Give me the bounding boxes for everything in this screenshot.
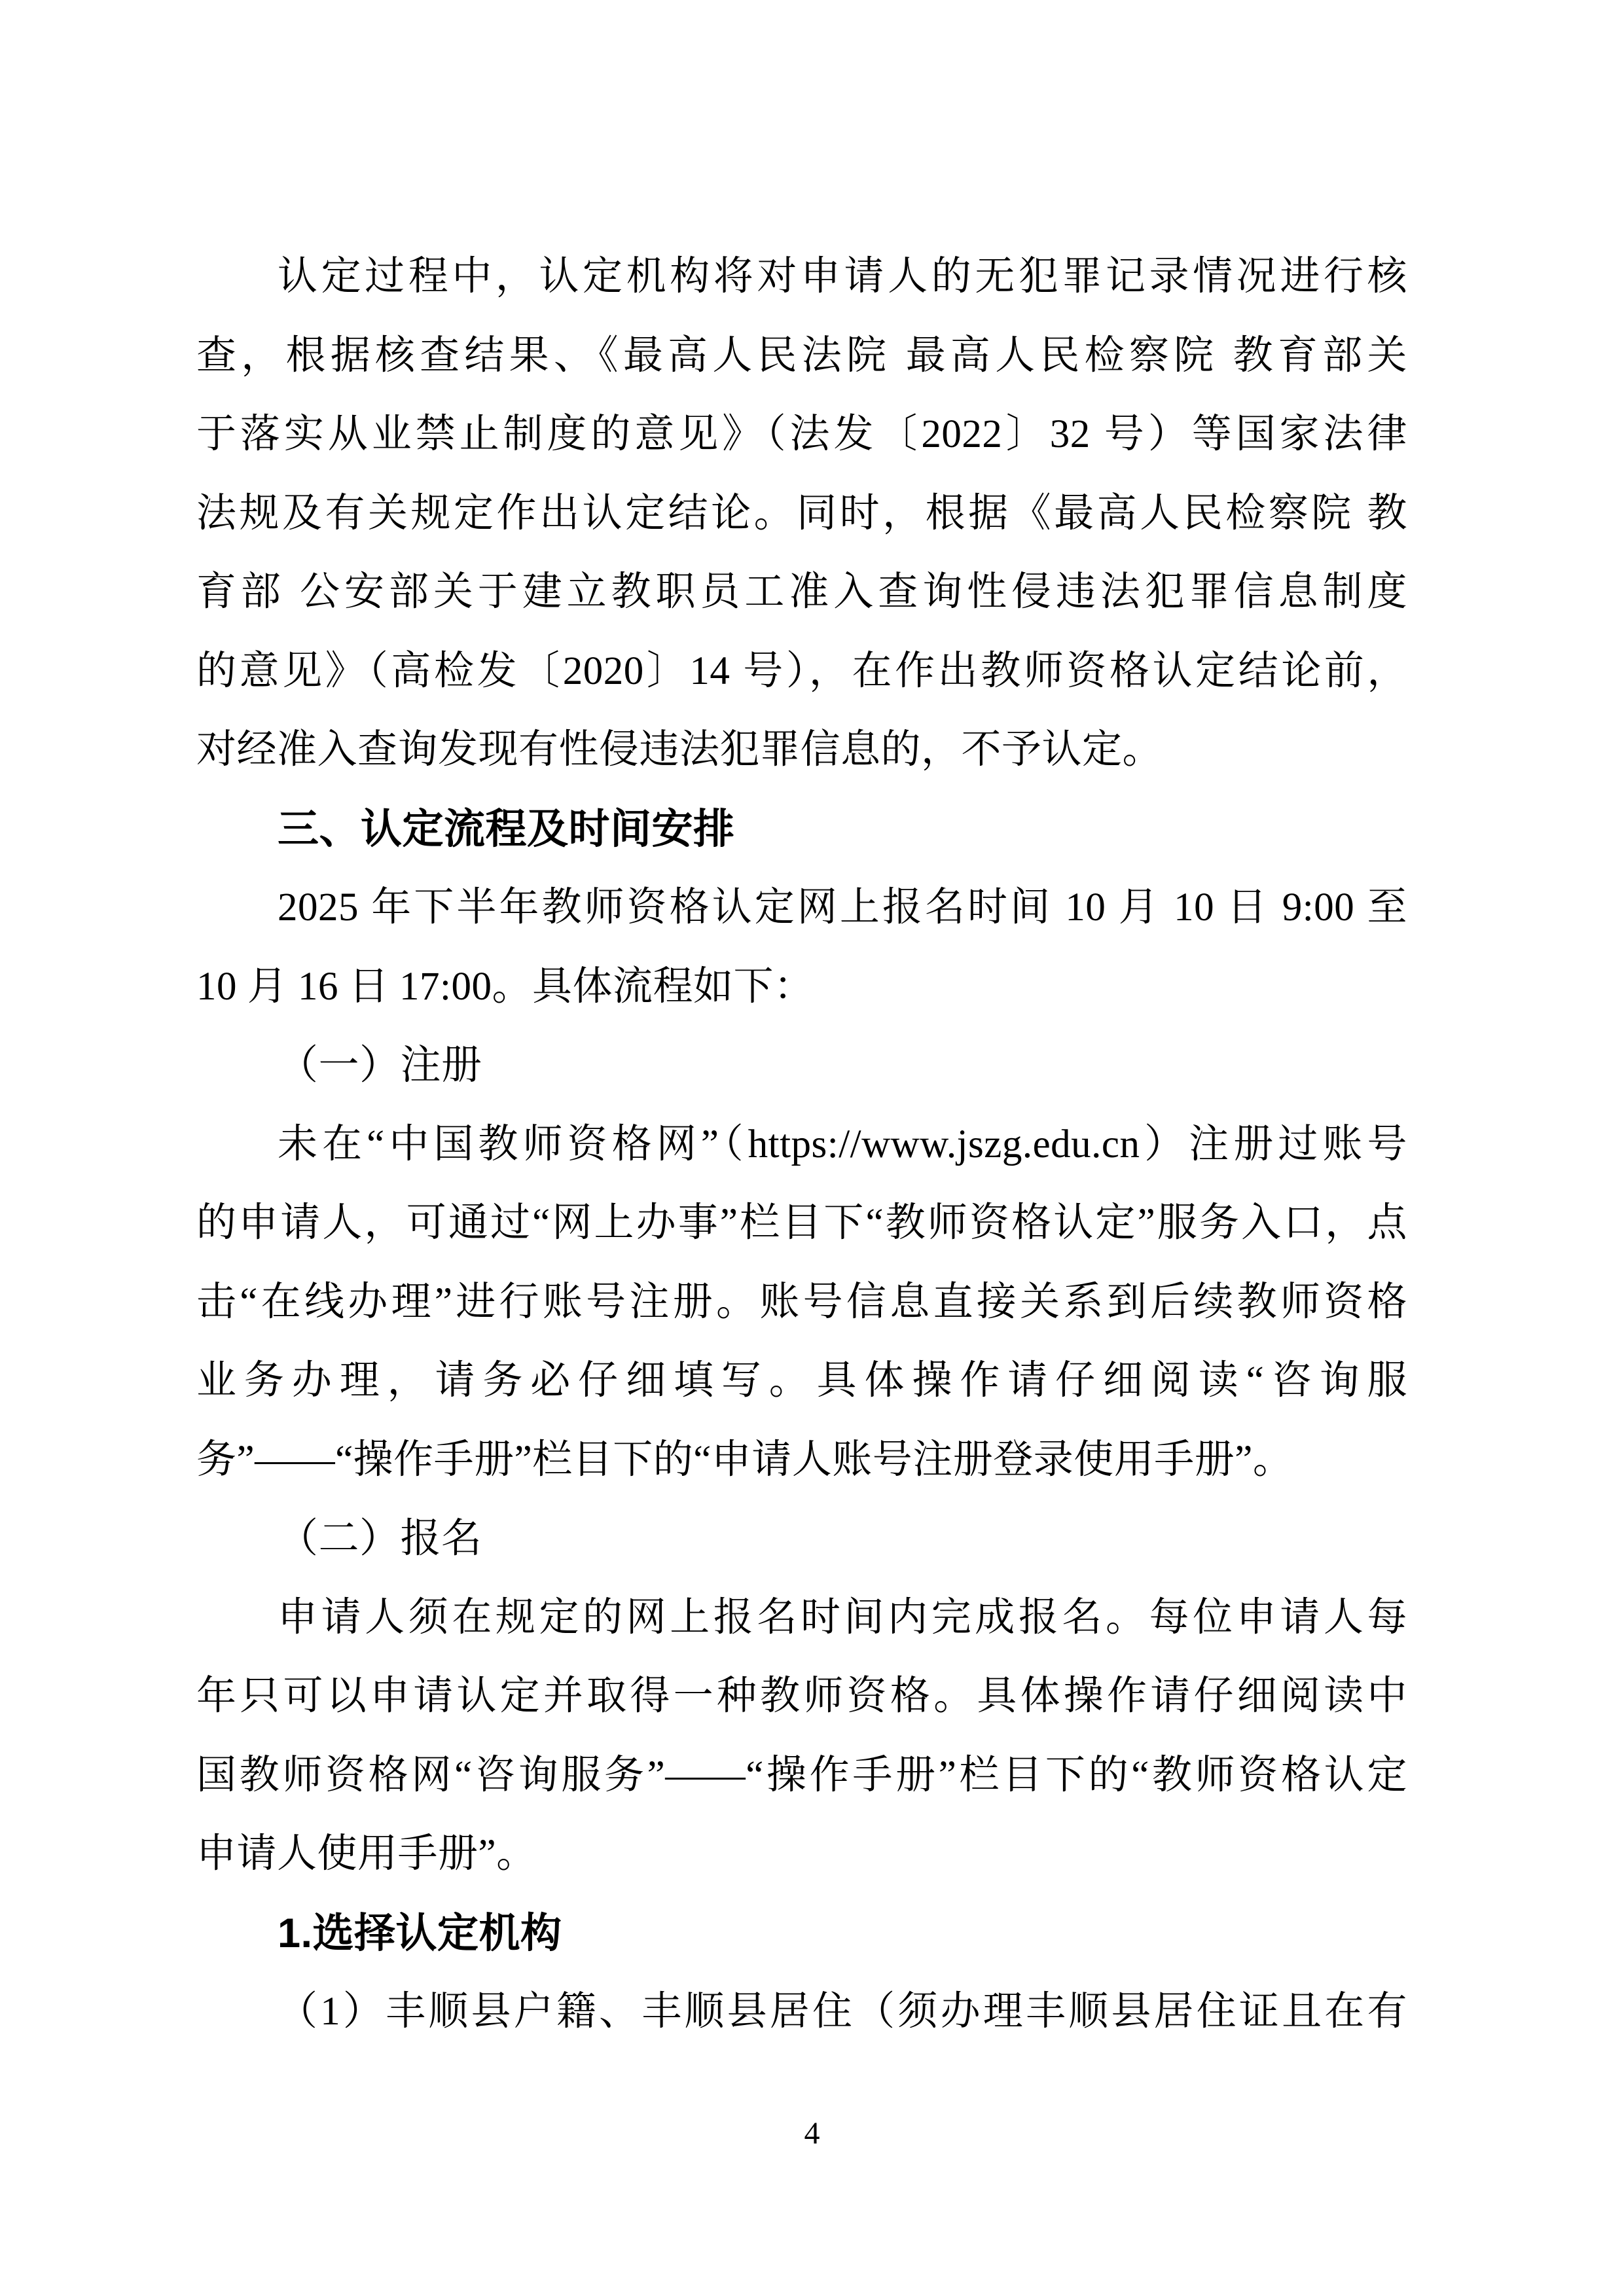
subsection-heading-register: （一）注册 bbox=[196, 1026, 1407, 1105]
page-number: 4 bbox=[0, 2115, 1624, 2152]
section-heading: 三、认定流程及时间安排 bbox=[196, 790, 1407, 869]
text-line: 认定过程中，认定机构将对申请人的无犯罪记录情况进行核 bbox=[196, 238, 1407, 317]
paragraph-registration-time: 2025 年下半年教师资格认定网上报名时间 10 月 10 日 9:00 至 1… bbox=[196, 869, 1407, 1026]
text-line: 10 月 16 日 17:00。具体流程如下： bbox=[196, 948, 1407, 1027]
text-line: 年只可以申请认定并取得一种教师资格。具体操作请仔细阅读中 bbox=[196, 1657, 1407, 1736]
text-block: 认定过程中，认定机构将对申请人的无犯罪记录情况进行核 查，根据核查结果、《最高人… bbox=[196, 238, 1407, 2052]
subsection-heading: （一）注册 bbox=[196, 1026, 1407, 1105]
text-line: 2025 年下半年教师资格认定网上报名时间 10 月 10 日 9:00 至 bbox=[196, 869, 1407, 948]
numbered-heading-choose-authority: 1.选择认定机构 bbox=[196, 1894, 1407, 1973]
text-line: 对经准入查询发现有性侵违法犯罪信息的，不予认定。 bbox=[196, 711, 1407, 790]
text-line: 的意见》（高检发〔2020〕14 号），在作出教师资格认定结论前， bbox=[196, 632, 1407, 711]
text-line: 育部 公安部关于建立教职员工准入查询性侵违法犯罪信息制度 bbox=[196, 553, 1407, 632]
text-line: 击“在线办理”进行账号注册。账号信息直接关系到后续教师资格 bbox=[196, 1263, 1407, 1342]
text-line: 业务办理，请务必仔细填写。具体操作请仔细阅读“咨询服 bbox=[196, 1342, 1407, 1421]
paragraph-account-registration: 未在“中国教师资格网”（https://www.jszg.edu.cn）注册过账… bbox=[196, 1105, 1407, 1500]
text-line: （1）丰顺县户籍、丰顺县居住（须办理丰顺县居住证且在有 bbox=[196, 1973, 1407, 2052]
text-line: 申请人使用手册”。 bbox=[196, 1815, 1407, 1894]
text-line: 于落实从业禁止制度的意见》（法发〔2022〕32 号）等国家法律 bbox=[196, 395, 1407, 475]
paragraph-criminal-record-check: 认定过程中，认定机构将对申请人的无犯罪记录情况进行核 查，根据核查结果、《最高人… bbox=[196, 238, 1407, 790]
paragraph-signup-rules: 申请人须在规定的网上报名时间内完成报名。每位申请人每 年只可以申请认定并取得一种… bbox=[196, 1579, 1407, 1894]
subsection-heading: （二）报名 bbox=[196, 1499, 1407, 1579]
text-line: 国教师资格网“咨询服务”——“操作手册”栏目下的“教师资格认定 bbox=[196, 1736, 1407, 1816]
document-page: 认定过程中，认定机构将对申请人的无犯罪记录情况进行核 查，根据核查结果、《最高人… bbox=[0, 0, 1624, 2296]
text-line: 的申请人，可通过“网上办事”栏目下“教师资格认定”服务入口，点 bbox=[196, 1184, 1407, 1263]
text-line: 务”——“操作手册”栏目下的“申请人账号注册登录使用手册”。 bbox=[196, 1421, 1407, 1500]
text-line: 查，根据核查结果、《最高人民法院 最高人民检察院 教育部关 bbox=[196, 317, 1407, 396]
numbered-heading: 1.选择认定机构 bbox=[196, 1894, 1407, 1973]
section-heading-process-schedule: 三、认定流程及时间安排 bbox=[196, 790, 1407, 869]
text-line: 法规及有关规定作出认定结论。同时，根据《最高人民检察院 教 bbox=[196, 475, 1407, 554]
text-line: 申请人须在规定的网上报名时间内完成报名。每位申请人每 bbox=[196, 1579, 1407, 1658]
subsection-heading-signup: （二）报名 bbox=[196, 1499, 1407, 1579]
text-line: 未在“中国教师资格网”（https://www.jszg.edu.cn）注册过账… bbox=[196, 1105, 1407, 1185]
paragraph-fengshun-county: （1）丰顺县户籍、丰顺县居住（须办理丰顺县居住证且在有 bbox=[196, 1973, 1407, 2052]
